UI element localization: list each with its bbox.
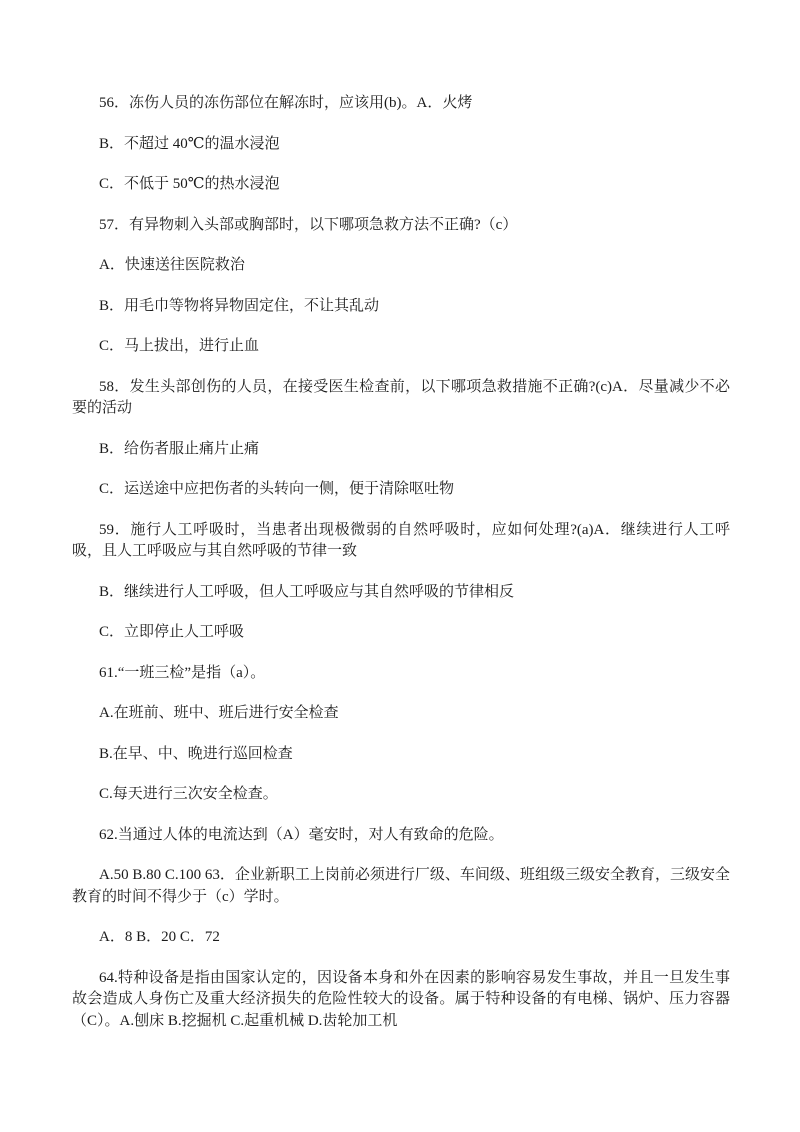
q61-option-a: A.在班前、班中、班后进行安全检查 xyxy=(72,703,730,725)
q59-option-b: B．继续进行人工呼吸，但人工呼吸应与其自然呼吸的节律相反 xyxy=(72,582,730,604)
q57-option-b: B．用毛巾等物将异物固定住，不让其乱动 xyxy=(72,296,730,318)
quiz-text-block: 56．冻伤人员的冻伤部位在解冻时，应该用(b)。A．火烤 B．不超过 40℃的温… xyxy=(72,93,730,1032)
q56-option-c: C．不低于 50℃的热水浸泡 xyxy=(72,174,730,196)
q56-option-b: B．不超过 40℃的温水浸泡 xyxy=(72,134,730,156)
q58-option-b: B．给伤者服止痛片止痛 xyxy=(72,439,730,461)
q64-stem-with-options: 64.特种设备是指由国家认定的，因设备本身和外在因素的影响容易发生事故，并且一旦… xyxy=(72,968,730,1033)
q58-stem-with-option-a: 58．发生头部创伤的人员，在接受医生检查前，以下哪项急救措施不正确?(c)A．尽… xyxy=(72,377,730,420)
q61-stem: 61.“一班三检”是指（a）。 xyxy=(72,663,730,685)
q62-stem: 62.当通过人体的电流达到（A）毫安时，对人有致命的危险。 xyxy=(72,825,730,847)
q57-option-a: A．快速送往医院救治 xyxy=(72,255,730,277)
q61-option-c: C.每天进行三次安全检查。 xyxy=(72,784,730,806)
q59-stem-with-option-a: 59．施行人工呼吸时，当患者出现极微弱的自然呼吸时，应如何处理?(a)A．继续进… xyxy=(72,520,730,563)
q57-option-c: C．马上拔出，进行止血 xyxy=(72,336,730,358)
q63-options: A．8 B．20 C．72 xyxy=(72,927,730,949)
document-page: 56．冻伤人员的冻伤部位在解冻时，应该用(b)。A．火烤 B．不超过 40℃的温… xyxy=(0,0,800,1132)
q61-option-b: B.在早、中、晚进行巡回检查 xyxy=(72,744,730,766)
q62-options-and-q63-stem: A.50 B.80 C.100 63．企业新职工上岗前必须进行厂级、车间级、班组… xyxy=(72,865,730,908)
q58-option-c: C．运送途中应把伤者的头转向一侧，便于清除呕吐物 xyxy=(72,479,730,501)
q59-option-c: C．立即停止人工呼吸 xyxy=(72,622,730,644)
q56-stem-with-option-a: 56．冻伤人员的冻伤部位在解冻时，应该用(b)。A．火烤 xyxy=(72,93,730,115)
q57-stem: 57．有异物刺入头部或胸部时，以下哪项急救方法不正确?（c） xyxy=(72,215,730,237)
